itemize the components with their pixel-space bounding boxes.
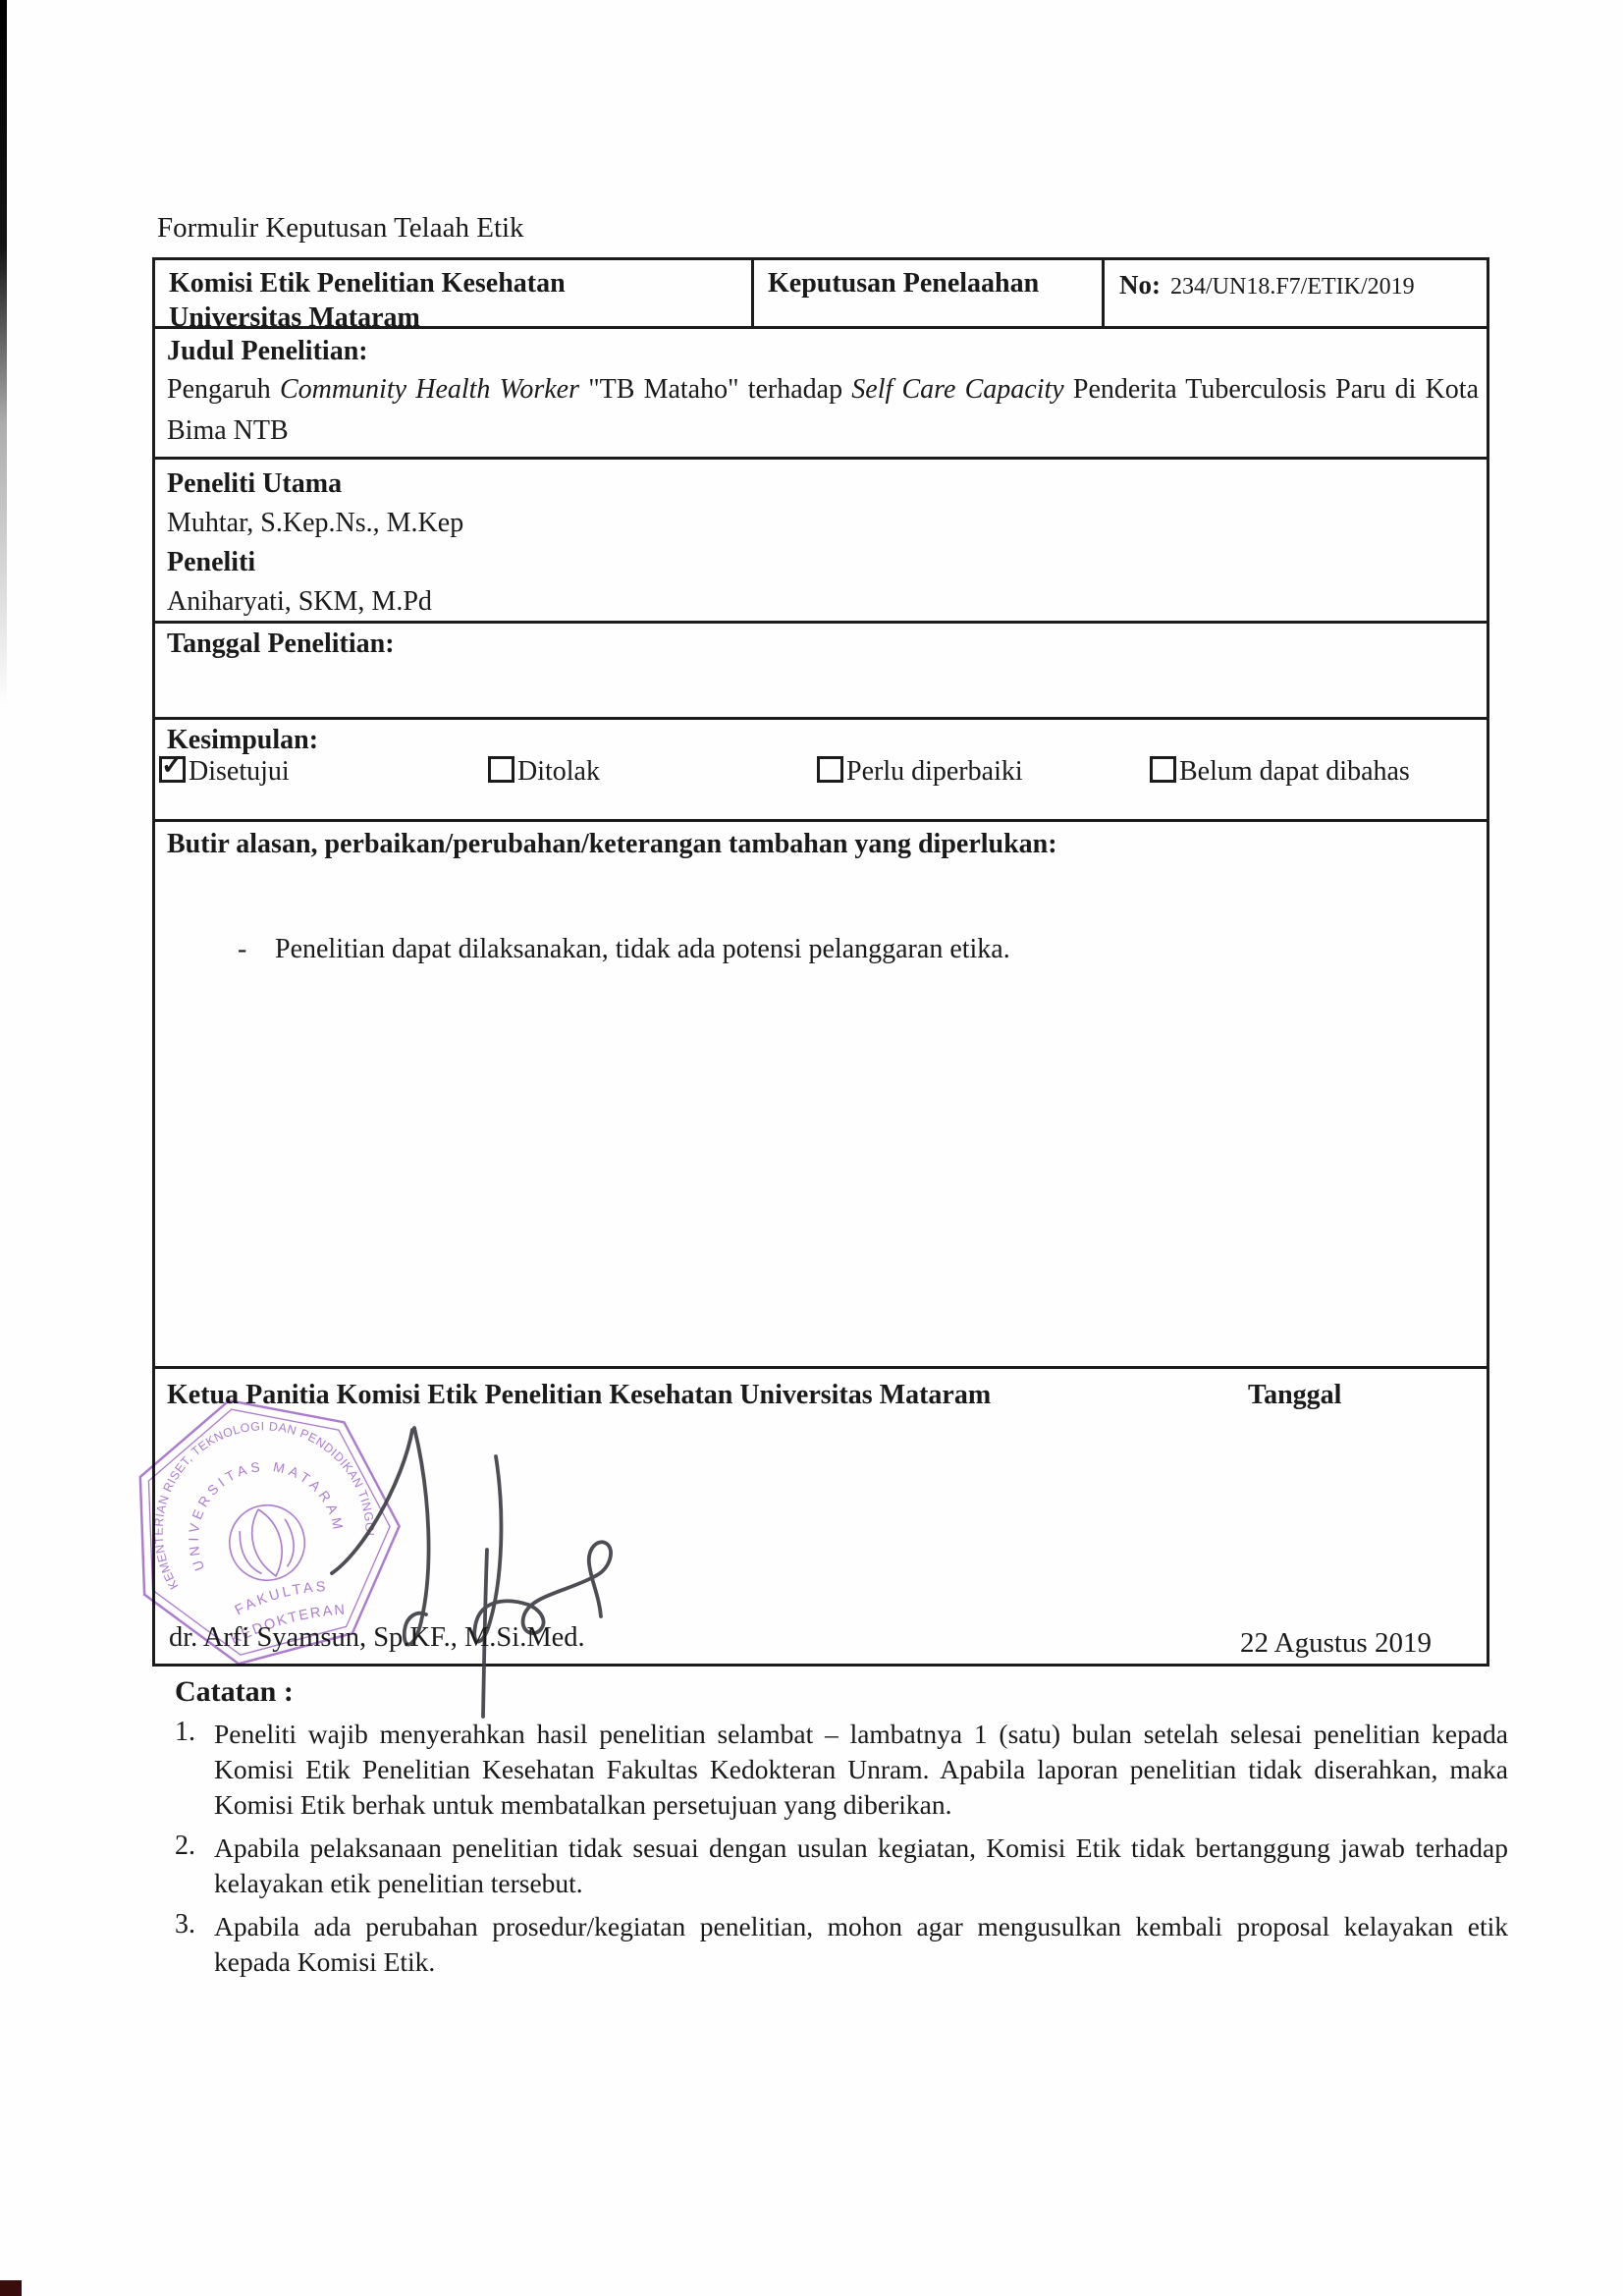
committee-name: Komisi Etik Penelitian Kesehatan Univers…: [169, 266, 566, 335]
note-text: Apabila pelaksanaan penelitian tidak ses…: [214, 1831, 1508, 1901]
remarks-bullet-text: Penelitian dapat dilaksanakan, tidak ada…: [275, 934, 1010, 965]
document-number-cell: No:234/UN18.F7/ETIK/2019: [1119, 270, 1415, 301]
approval-date: 22 Agustus 2019: [1240, 1627, 1432, 1660]
option-ditolak: Ditolak: [488, 756, 600, 788]
research-title-text: Pengaruh Community Health Worker "TB Mat…: [167, 369, 1479, 452]
table-border-line: [1102, 260, 1105, 329]
option-label: Belum dapat dibahas: [1179, 756, 1410, 787]
note-text: Peneliti wajib menyerahkan hasil penelit…: [214, 1717, 1508, 1823]
option-label: Perlu diperbaiki: [846, 756, 1023, 787]
title-segment: Pengaruh: [167, 374, 280, 405]
remarks-label: Butir alasan, perbaikan/perubahan/ketera…: [167, 829, 1057, 860]
number-value: 234/UN18.F7/ETIK/2019: [1170, 274, 1415, 300]
principal-investigator-label: Peneliti Utama: [167, 465, 463, 504]
signer-name: dr. Arfi Syamsun, Sp.KF., M.Si.Med.: [169, 1622, 585, 1654]
signature-stroke: [405, 1428, 429, 1645]
form-title: Formulir Keputusan Telaah Etik: [157, 212, 524, 245]
note-number: 3.: [175, 1909, 214, 1980]
table-border-line: [155, 457, 1487, 460]
scanned-document-page: Formulir Keputusan Telaah Etik Komisi Et…: [0, 0, 1623, 2296]
note-item: 3. Apabila ada perubahan prosedur/kegiat…: [175, 1909, 1508, 1980]
note-number: 2.: [175, 1831, 214, 1901]
signature-ink: [295, 1402, 633, 1722]
committee-name-line1: Komisi Etik Penelitian Kesehatan: [169, 266, 566, 301]
option-disetujui: Disetujui: [159, 756, 290, 788]
option-perlu-diperbaiki: Perlu diperbaiki: [817, 756, 1023, 788]
co-investigator-label: Peneliti: [167, 543, 463, 582]
principal-investigator-name: Muhtar, S.Kep.Ns., M.Kep: [167, 504, 463, 543]
table-border-line: [155, 819, 1487, 822]
check-icon: [161, 750, 184, 781]
signature-stroke: [474, 1456, 528, 1642]
number-label: No:: [1119, 270, 1161, 300]
bullet-dash: -: [238, 934, 246, 965]
option-belum-dapat-dibahas: Belum dapat dibahas: [1150, 756, 1410, 788]
decision-label: Keputusan Penelaahan: [768, 268, 1039, 300]
title-segment-italic: Community Health Worker: [280, 374, 579, 405]
note-number: 1.: [175, 1717, 214, 1823]
checkbox-ditolak: [488, 756, 514, 783]
checkbox-belum-dapat-dibahas: [1150, 756, 1176, 783]
table-border-line: [155, 1366, 1487, 1369]
research-title-label: Judul Penelitian:: [167, 336, 368, 367]
table-border-line: [155, 717, 1487, 720]
title-segment-italic: Self Care Capacity: [851, 374, 1063, 405]
committee-name-line2: Universitas Mataram: [169, 301, 566, 335]
checkbox-disetujui-checked: [159, 756, 186, 783]
table-border-line: [751, 260, 754, 329]
date-column-label: Tanggal: [1248, 1380, 1341, 1411]
scanner-edge-artifact: [0, 0, 7, 707]
note-item: 2. Apabila pelaksanaan penelitian tidak …: [175, 1831, 1508, 1901]
checkbox-perlu-diperbaiki: [817, 756, 843, 783]
scanner-corner-mark: [0, 2280, 22, 2296]
co-investigator-name: Aniharyati, SKM, M.Pd: [167, 582, 463, 622]
signature-stroke: [332, 1430, 412, 1573]
title-segment: "TB Mataho" terhadap: [579, 374, 851, 405]
signature-stroke: [523, 1542, 612, 1633]
option-label: Ditolak: [517, 756, 600, 787]
conclusion-label: Kesimpulan:: [167, 725, 318, 756]
researchers-cell: Peneliti Utama Muhtar, S.Kep.Ns., M.Kep …: [167, 465, 463, 622]
option-label: Disetujui: [189, 756, 290, 787]
note-item: 1. Peneliti wajib menyerahkan hasil pene…: [175, 1717, 1508, 1823]
research-date-label: Tanggal Penelitian:: [167, 629, 395, 660]
note-text: Apabila ada perubahan prosedur/kegiatan …: [214, 1909, 1508, 1980]
